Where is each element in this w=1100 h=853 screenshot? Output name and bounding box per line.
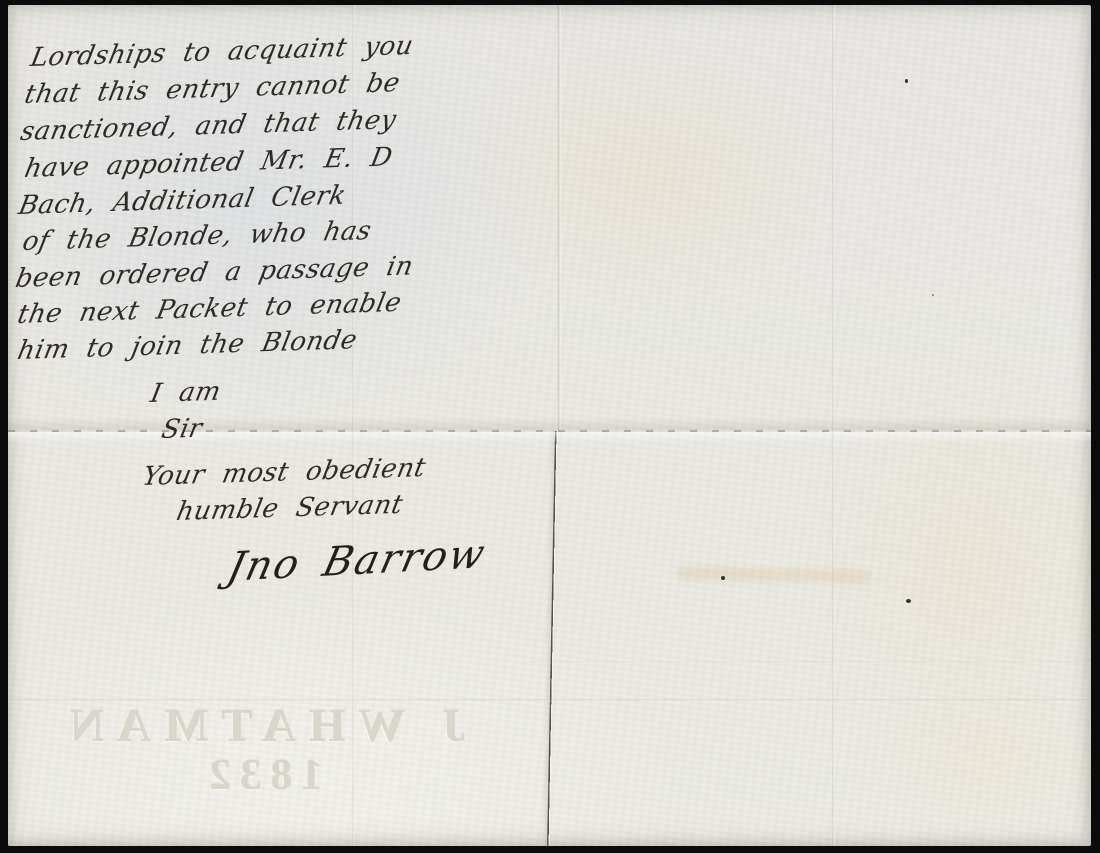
closing-line-i-am: I am (148, 377, 224, 409)
letter-line: him to join the Blonde (15, 325, 360, 366)
letter-line: that this entry cannot be (22, 68, 403, 110)
letter-line: of the Blonde, who has (20, 216, 374, 257)
letter-line: Bach, Additional Clerk (16, 181, 349, 221)
paper-watermark: J WHATMAN 1832 (36, 703, 486, 797)
faint-horizontal-crease-right (528, 661, 1091, 663)
letter-line: the next Packet to enable (15, 288, 404, 330)
closing-line-sir: Sir (159, 414, 205, 445)
letter-line: have appointed Mr. E. D (22, 142, 395, 184)
ink-speck (905, 79, 908, 83)
scan-background: Lordships to acquaint you that this entr… (0, 0, 1100, 853)
closing-line-obedient: Your most obedient (140, 453, 428, 492)
letter-line: been ordered a passage in (13, 251, 416, 294)
letter-line: Lordships to acquaint you (28, 31, 416, 73)
watermark-maker-name: J WHATMAN (36, 703, 486, 750)
ink-speck (932, 294, 934, 296)
ink-speck (721, 576, 725, 580)
vertical-fold-crease-top (557, 5, 561, 431)
faint-horizontal-crease-low (8, 699, 1091, 702)
faint-vertical-crease-right (832, 5, 835, 846)
letter-line: sanctioned, and that they (18, 105, 399, 147)
watermark-year: 1832 (36, 754, 486, 797)
ink-speck (906, 599, 911, 603)
ink-show-through-streak (676, 566, 871, 583)
signature: Jno Barrow (223, 531, 491, 591)
vertical-fold-crease-bottom (547, 431, 558, 846)
letter-page: Lordships to acquaint you that this entr… (8, 5, 1091, 846)
closing-line-servant: humble Servant (174, 490, 406, 527)
